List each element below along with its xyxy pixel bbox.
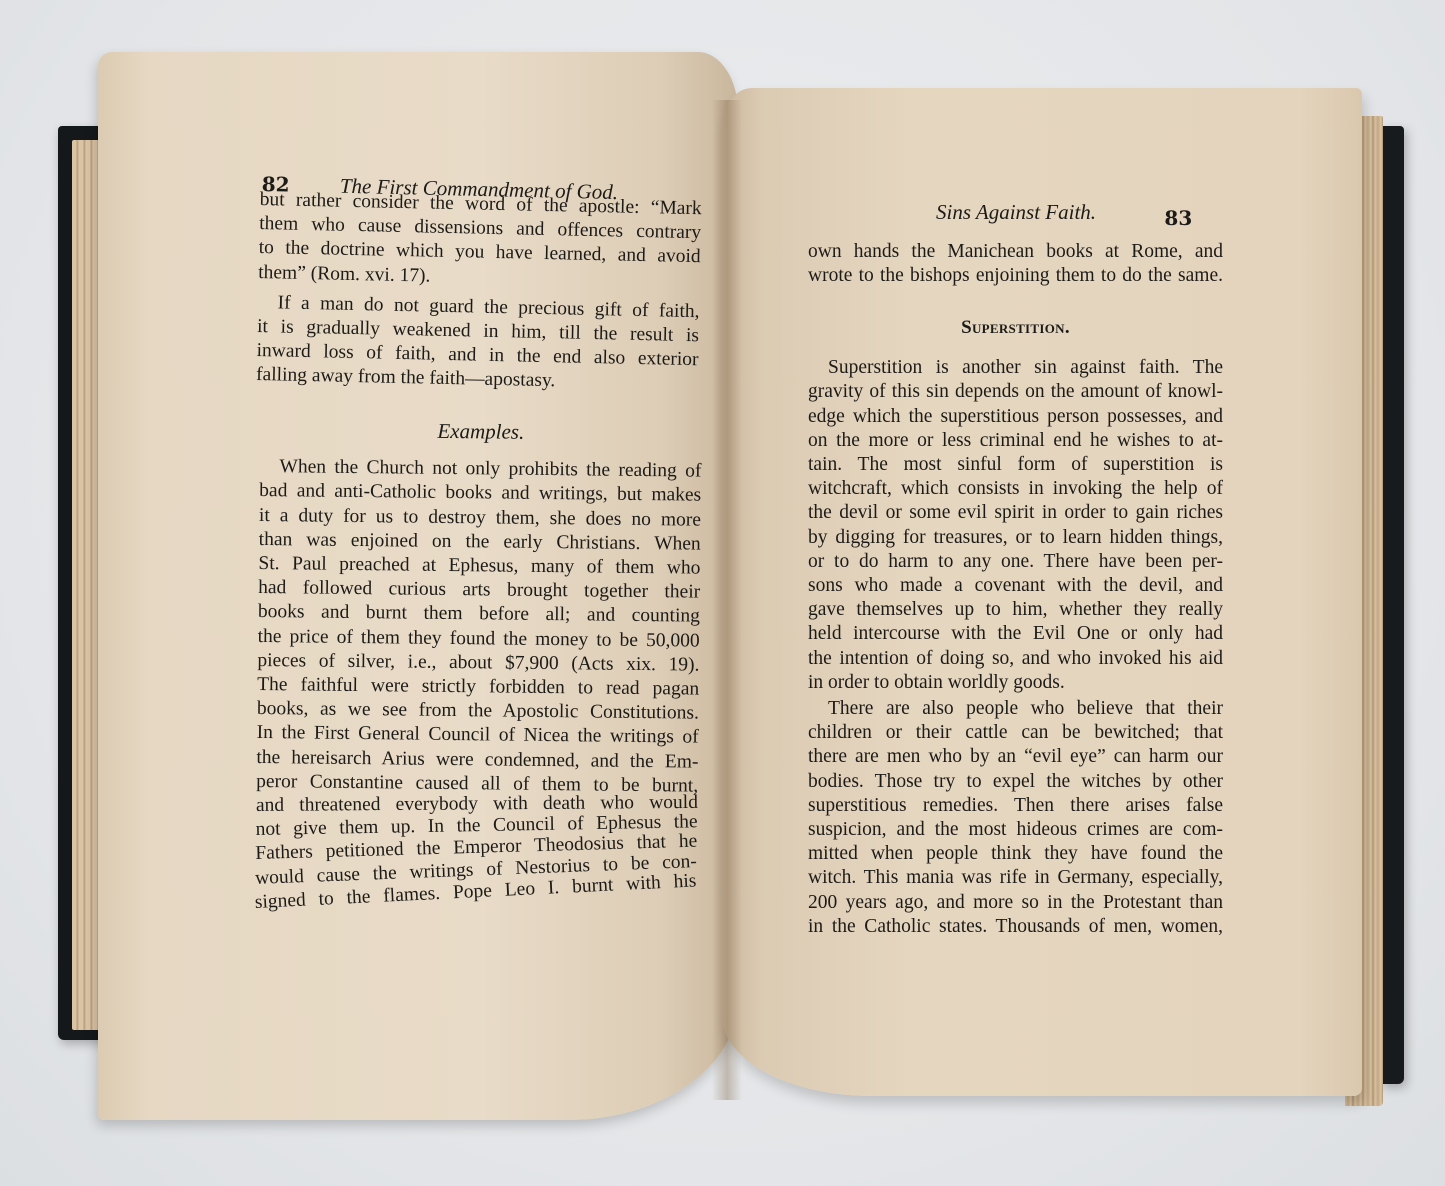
page-number-83: 83: [1164, 206, 1192, 230]
left-page: 82 The First Commandment of God. but rat…: [98, 52, 738, 1120]
right-running-head-title: Sins Against Faith.: [936, 200, 1096, 224]
open-book-scene: 82 The First Commandment of God. but rat…: [0, 0, 1445, 1186]
right-paragraph-1: Superstition is another sin against fait…: [808, 356, 1223, 695]
left-page-top-text: but rather consider the word of the apos…: [256, 188, 702, 397]
examples-subheading: Examples.: [260, 417, 702, 446]
text-line: there are men who by an “evil eye” can h…: [808, 745, 1223, 769]
text-line: the devil or some evil spirit in order t…: [808, 501, 1223, 525]
text-line: wrote to the bishops enjoining them to d…: [808, 264, 1223, 288]
left-paragraph-3: When the Church not only prohibits the r…: [255, 455, 702, 919]
right-paragraph-2: There are also people who believe that t…: [808, 697, 1223, 939]
text-line: witch. This mania was rife in Germany, e…: [808, 866, 1223, 890]
text-line: in order to obtain worldly goods.: [808, 671, 1223, 695]
text-line: own hands the Manichean books at Rome, a…: [808, 240, 1223, 264]
left-paragraph-1: but rather consider the word of the apos…: [258, 188, 702, 294]
text-line: bodies. Those try to expel the witches b…: [808, 770, 1223, 794]
superstition-subheading: Superstition.: [808, 316, 1223, 340]
right-running-head: Sins Against Faith. 83: [936, 200, 1192, 225]
text-line: There are also people who believe that t…: [808, 697, 1223, 721]
text-line: edge which the superstitious person poss…: [808, 405, 1223, 429]
text-line: by digging for treasures, or to learn hi…: [808, 526, 1223, 550]
left-page-examples-section: Examples. When the Church not only prohi…: [255, 417, 702, 920]
text-line: mitted when people think they have found…: [808, 842, 1223, 866]
text-line: suspicion, and the most hideous crimes a…: [808, 818, 1223, 842]
text-line: on the more or less criminal end he wish…: [808, 429, 1223, 453]
text-line: in the Catholic states. Thousands of men…: [808, 915, 1223, 939]
text-line: gravity of this sin depends on the amoun…: [808, 380, 1223, 404]
text-line: gave themselves up to him, whether they …: [808, 598, 1223, 622]
left-paragraph-2: If a man do not guard the precious gift …: [256, 291, 700, 397]
text-line: Superstition is another sin against fait…: [808, 356, 1223, 380]
text-line: the intention of doing so, and who invok…: [808, 647, 1223, 671]
continuation-paragraph: own hands the Manichean books at Rome, a…: [808, 240, 1223, 288]
book-cover-right: [1380, 126, 1404, 1084]
text-line: held intercourse with the Evil One or on…: [808, 622, 1223, 646]
text-line: tain. The most sinful form of superstiti…: [808, 453, 1223, 477]
text-line: sons who made a covenant with the devil,…: [808, 574, 1223, 598]
right-page-superstition-section: Superstition. Superstition is another si…: [808, 316, 1223, 939]
text-line: or to do harm to any one. There have bee…: [808, 550, 1223, 574]
text-line: children or their cattle can be bewitche…: [808, 721, 1223, 745]
text-line: witchcraft, which consists in invoking t…: [808, 477, 1223, 501]
right-page: Sins Against Faith. 83 own hands the Man…: [722, 88, 1362, 1096]
text-line: superstitious remedies. Then there arise…: [808, 794, 1223, 818]
right-page-continuation: own hands the Manichean books at Rome, a…: [808, 240, 1223, 288]
text-line: 200 years ago, and more so in the Protes…: [808, 891, 1223, 915]
